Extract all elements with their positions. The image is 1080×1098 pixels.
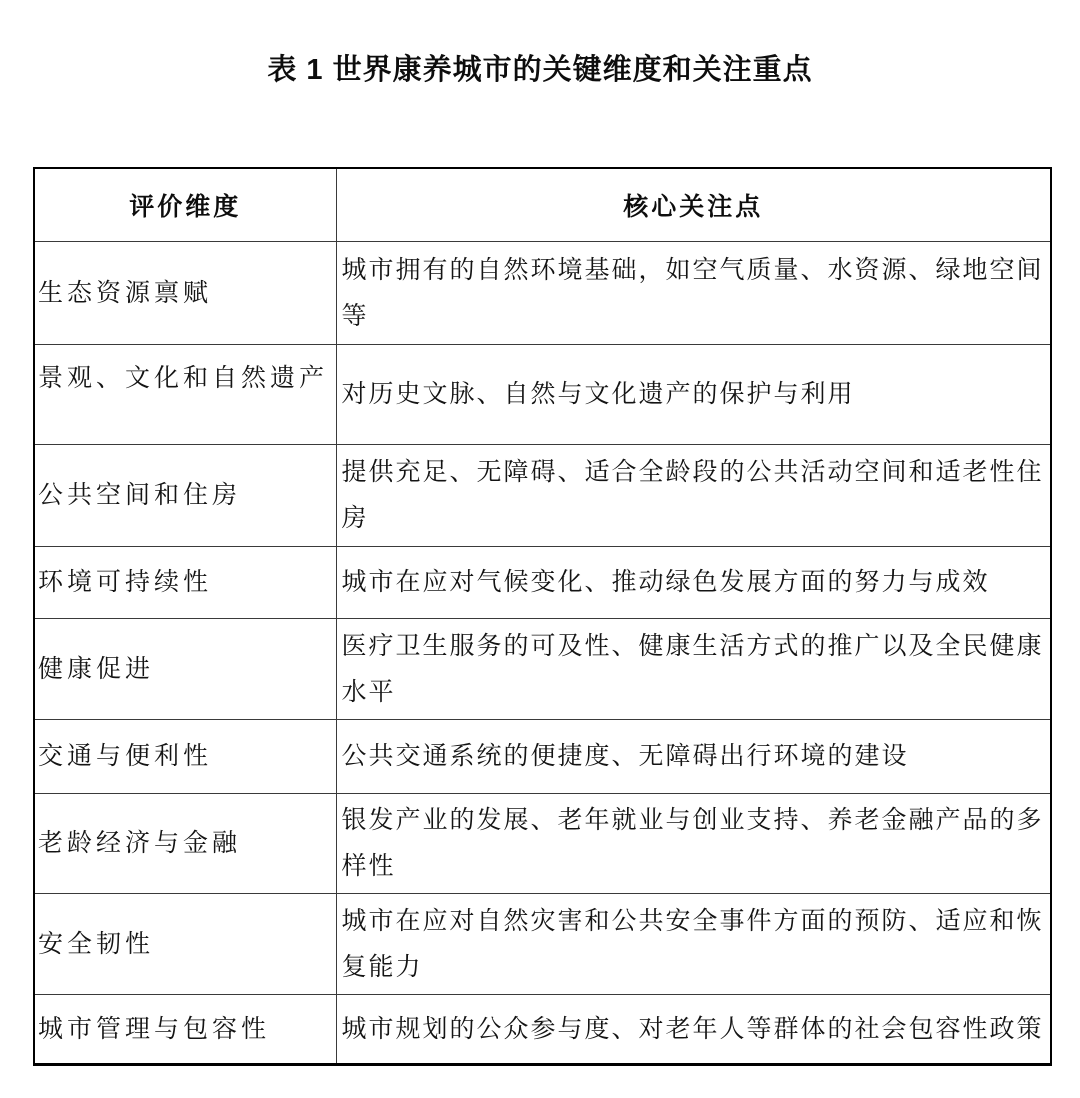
table-row: 老龄经济与金融 银发产业的发展、老年就业与创业支持、养老金融产品的多样性 [34, 793, 1051, 893]
focus-cell: 对历史文脉、自然与文化遗产的保护与利用 [336, 344, 1051, 444]
dimension-cell: 老龄经济与金融 [34, 793, 336, 893]
focus-cell: 城市拥有的自然环境基础，如空气质量、水资源、绿地空间等 [336, 241, 1051, 344]
table-caption: 表 1 世界康养城市的关键维度和关注重点 [0, 0, 1080, 88]
table-row: 公共空间和住房 提供充足、无障碍、适合全龄段的公共活动空间和适老性住房 [34, 444, 1051, 546]
header-cell-dimension: 评价维度 [34, 168, 336, 241]
table-row: 城市管理与包容性 城市规划的公众参与度、对老年人等群体的社会包容性政策 [34, 994, 1051, 1064]
table-row: 安全韧性 城市在应对自然灾害和公共安全事件方面的预防、适应和恢复能力 [34, 893, 1051, 994]
focus-cell: 银发产业的发展、老年就业与创业支持、养老金融产品的多样性 [336, 793, 1051, 893]
dimension-cell: 公共空间和住房 [34, 444, 336, 546]
focus-cell: 城市在应对自然灾害和公共安全事件方面的预防、适应和恢复能力 [336, 893, 1051, 994]
focus-cell: 提供充足、无障碍、适合全龄段的公共活动空间和适老性住房 [336, 444, 1051, 546]
table-row: 健康促进 医疗卫生服务的可及性、健康生活方式的推广以及全民健康水平 [34, 618, 1051, 719]
table-row: 生态资源禀赋 城市拥有的自然环境基础，如空气质量、水资源、绿地空间等 [34, 241, 1051, 344]
dimension-cell: 健康促进 [34, 618, 336, 719]
header-cell-focus: 核心关注点 [336, 168, 1051, 241]
dimension-cell: 景观、文化和自然遗产 [34, 344, 336, 444]
dimension-cell: 安全韧性 [34, 893, 336, 994]
header-row: 评价维度 核心关注点 [34, 168, 1051, 241]
dimension-cell: 生态资源禀赋 [34, 241, 336, 344]
table-row: 景观、文化和自然遗产 对历史文脉、自然与文化遗产的保护与利用 [34, 344, 1051, 444]
dimension-cell: 交通与便利性 [34, 719, 336, 793]
focus-cell: 城市在应对气候变化、推动绿色发展方面的努力与成效 [336, 546, 1051, 618]
dimensions-table: 评价维度 核心关注点 生态资源禀赋 城市拥有的自然环境基础，如空气质量、水资源、… [33, 167, 1052, 1066]
document-page: 表 1 世界康养城市的关键维度和关注重点 评价维度 核心关注点 生态资源禀赋 城… [0, 0, 1080, 1098]
focus-cell: 城市规划的公众参与度、对老年人等群体的社会包容性政策 [336, 994, 1051, 1064]
table-row: 交通与便利性 公共交通系统的便捷度、无障碍出行环境的建设 [34, 719, 1051, 793]
focus-cell: 公共交通系统的便捷度、无障碍出行环境的建设 [336, 719, 1051, 793]
focus-cell: 医疗卫生服务的可及性、健康生活方式的推广以及全民健康水平 [336, 618, 1051, 719]
table-row: 环境可持续性 城市在应对气候变化、推动绿色发展方面的努力与成效 [34, 546, 1051, 618]
dimension-cell: 环境可持续性 [34, 546, 336, 618]
dimension-cell: 城市管理与包容性 [34, 994, 336, 1064]
